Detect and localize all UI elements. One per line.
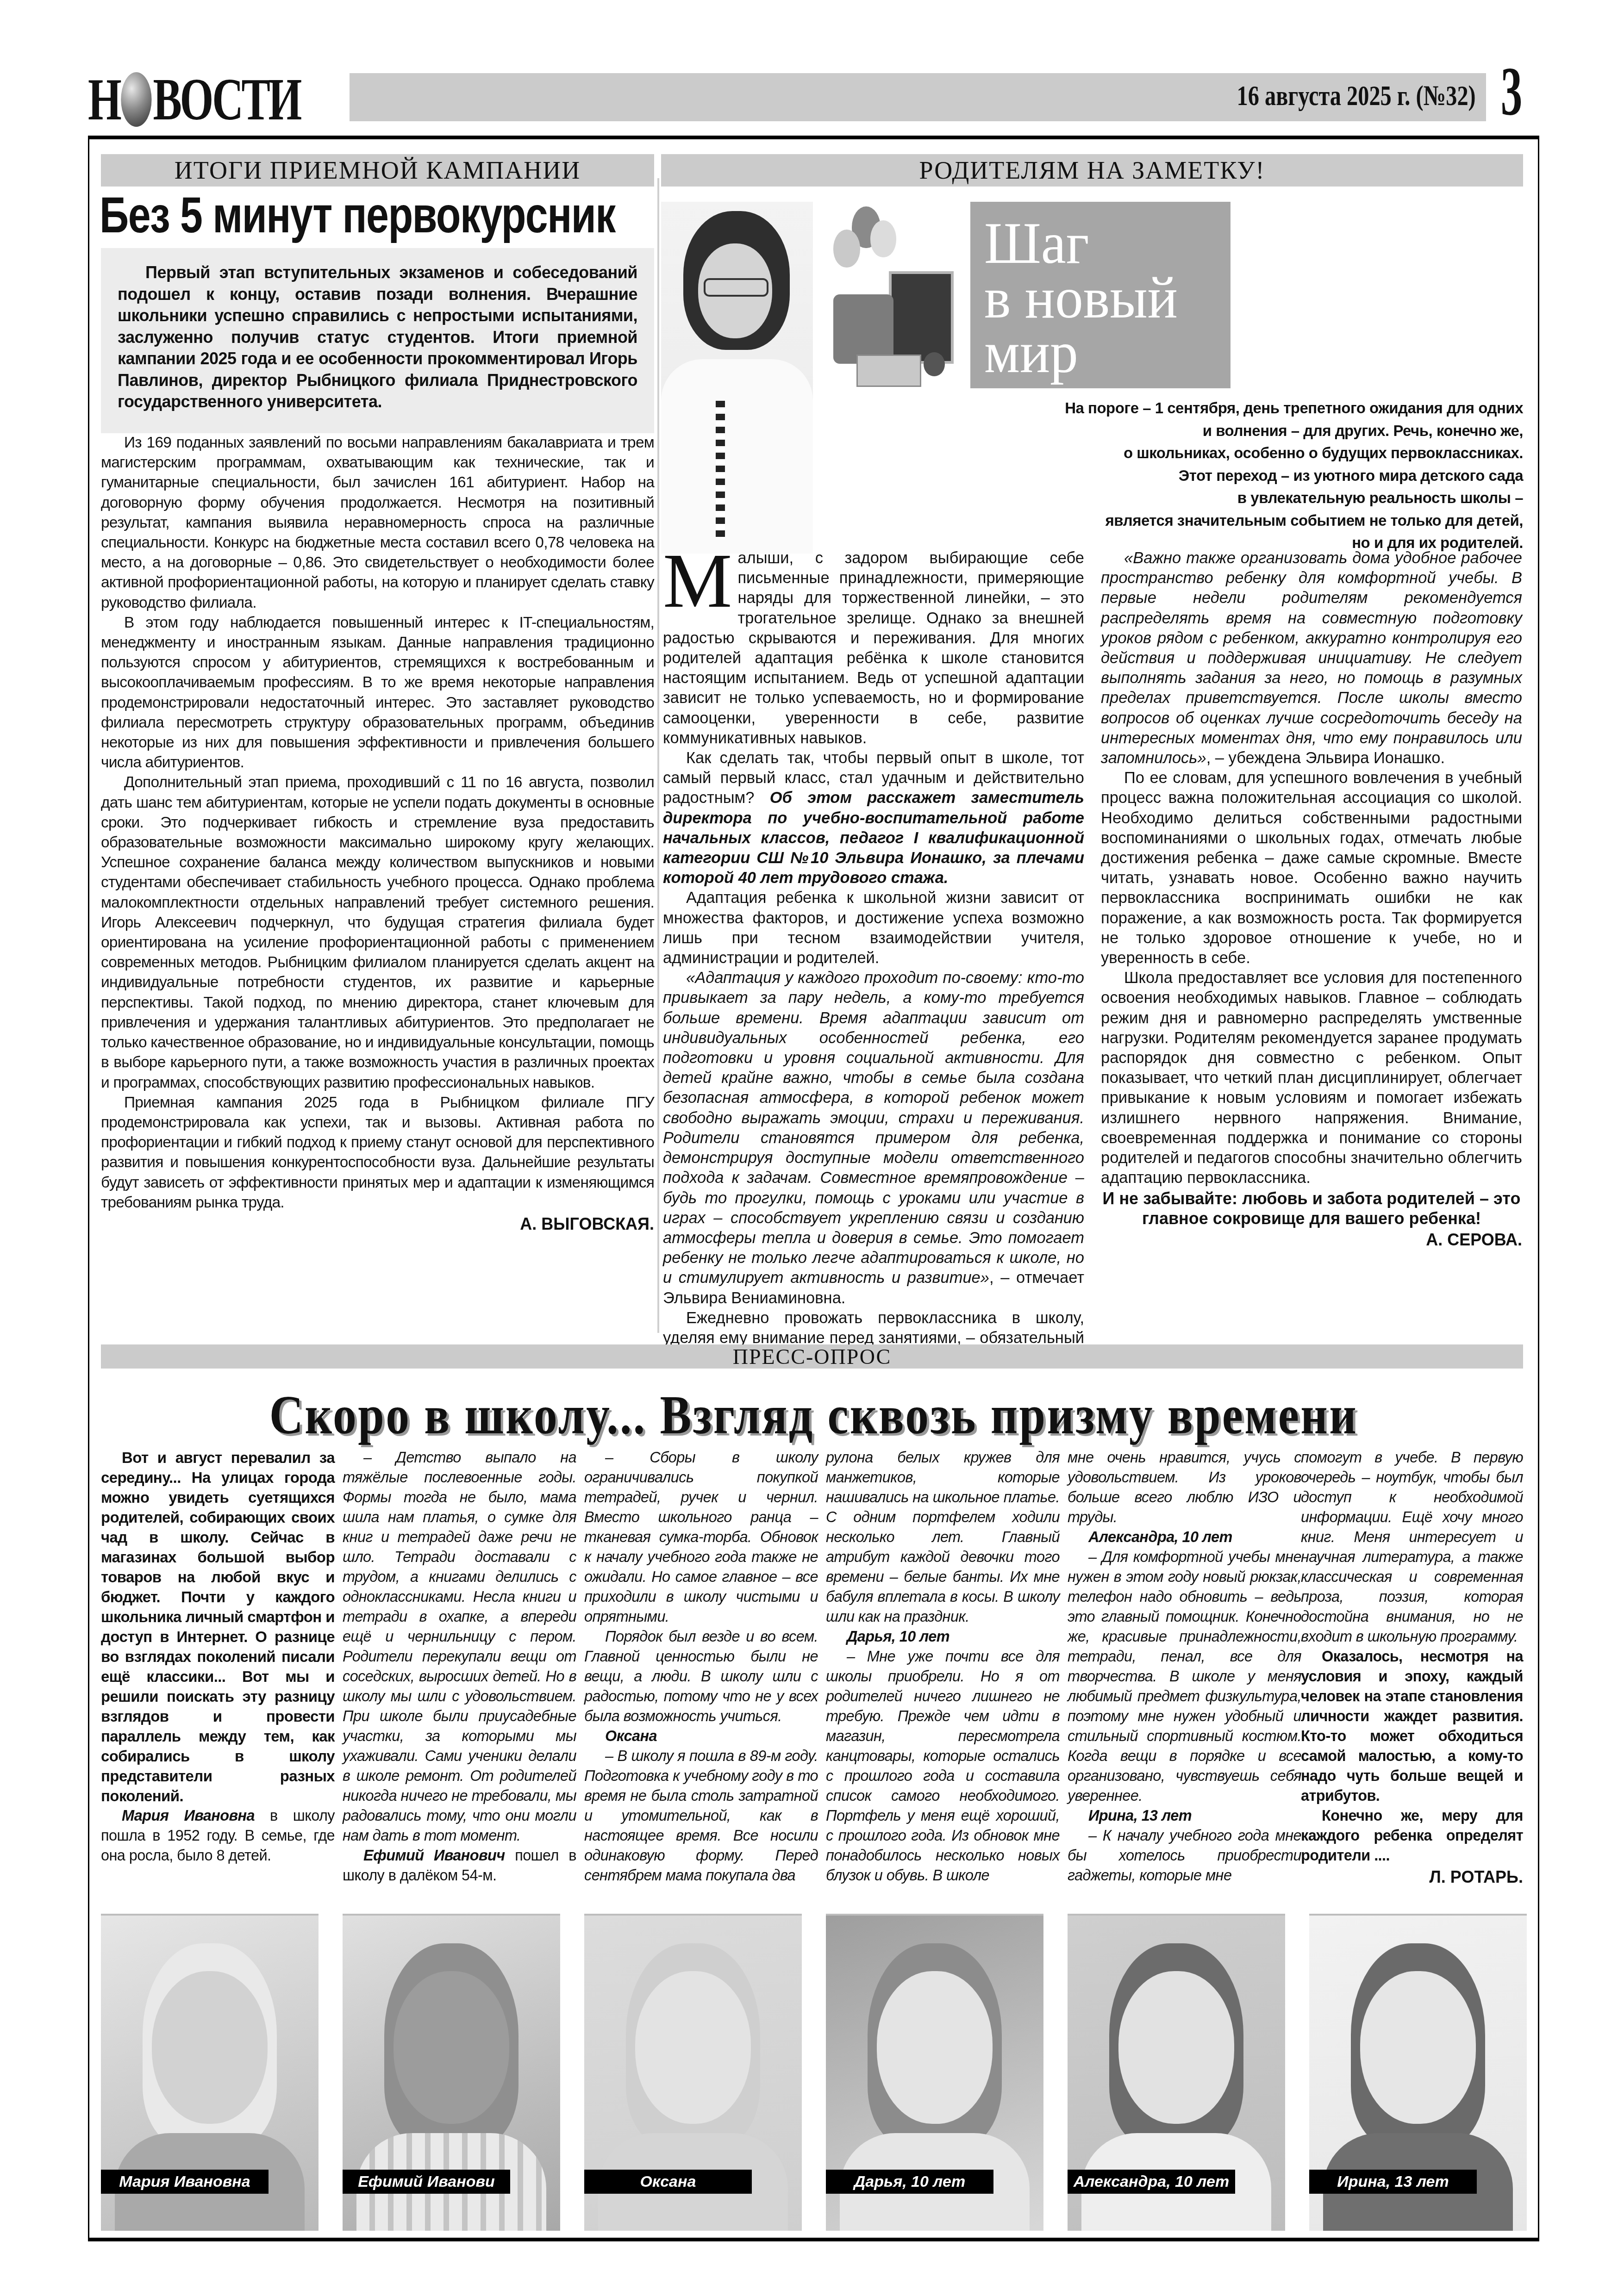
closing-line: И не забывайте: любовь и забота родителе… — [1101, 1188, 1522, 1228]
column-rule — [657, 178, 659, 1333]
issue-date: 16 августа 2025 г. (№32) — [1237, 80, 1476, 112]
books-icon — [856, 355, 921, 387]
logo-letter: Н — [88, 69, 119, 130]
masthead: 16 августа 2025 г. (№32) Н ВОСТИ 3 — [88, 69, 1537, 130]
paragraph: Ефимий Иванович пошел в школу в далёком … — [343, 1846, 576, 1885]
photo-caption: Ефимий Иванови — [343, 2170, 510, 2194]
quote: – Детство выпало на тяжёлые послевоенные… — [343, 1448, 576, 1846]
paragraph: Дополнительный этап приема, проходивший … — [101, 772, 654, 1092]
photo-caption: Мария Ивановна — [101, 2170, 269, 2194]
survey-column-3: – Сборы в школу ограничивались покупкой … — [584, 1448, 818, 1885]
paragraph: Мария Ивановна в школу пошла в 1952 году… — [101, 1806, 335, 1866]
paragraph: «Адаптация у каждого проходит по-своему:… — [663, 968, 1084, 1308]
paragraph: По ее словам, для успешного вовлечения в… — [1101, 768, 1522, 968]
paragraph: Как сделать так, чтобы первый опыт в шко… — [663, 748, 1084, 888]
quote: «Важно также организовать дома удобное р… — [1101, 549, 1522, 767]
title-line: Шаг — [984, 216, 1218, 270]
survey-column-5: мне очень нравится, учусь с удовольствие… — [1068, 1448, 1301, 1885]
lead-text: Первый этап вступительных экзаменов и со… — [118, 262, 637, 413]
respondent-photo: Ирина, 13 лет — [1309, 1914, 1527, 2231]
respondent-photo: Мария Ивановна — [101, 1914, 319, 2231]
quote: помогут в учебе. В первую очередь – ноут… — [1301, 1448, 1523, 1647]
teacher-portrait-photo — [661, 202, 813, 554]
photo-caption: Дарья, 10 лет — [826, 2170, 993, 2194]
feature-title-box: Шаг в новый мир — [970, 202, 1230, 388]
title-line: в новый — [984, 270, 1218, 325]
author-signature: Л. РОТАРЬ. — [1301, 1867, 1523, 1887]
paragraph: «Важно также организовать дома удобное р… — [1101, 548, 1522, 768]
paragraph: Школа предоставляет все условия для пост… — [1101, 968, 1522, 1188]
quote: Порядок был везде и во всем. Главной цен… — [584, 1627, 818, 1726]
paragraph: Приемная кампания 2025 года в Рыбницком … — [101, 1093, 654, 1213]
survey-column-1: Вот и август перевалил за середину... На… — [101, 1448, 335, 1866]
paragraph: Адаптация ребенка к школьной жизни завис… — [663, 888, 1084, 968]
paragraph: Малыши, с задором выбирающие себе письме… — [663, 548, 1084, 748]
paragraph: Из 169 поданных заявлений по восьми напр… — [101, 433, 654, 613]
quote: рулона белых кружев для манжетиков, кото… — [826, 1448, 1060, 1627]
quote: – К началу учебного года мне бы хотелось… — [1068, 1826, 1301, 1885]
quote: – Сборы в школу ограничивались покупкой … — [584, 1448, 818, 1627]
respondent-name: Ирина, 13 лет — [1068, 1806, 1301, 1826]
chalkboard-icon — [889, 271, 954, 364]
respondent-name: Оксана — [584, 1726, 818, 1746]
feature-intro: На пороге – 1 сентября, день трепетного … — [829, 397, 1523, 554]
survey-column-6: помогут в учебе. В первую очередь – ноут… — [1301, 1448, 1523, 1887]
school-bag-icon — [833, 294, 893, 364]
quote: – Мне уже почти все для школы приобрели.… — [826, 1647, 1060, 1885]
newspaper-logo: Н ВОСТИ — [88, 69, 300, 130]
quote: мне очень нравится, учусь с удовольствие… — [1068, 1448, 1301, 1527]
survey-column-4: рулона белых кружев для манжетиков, кото… — [826, 1448, 1060, 1885]
rubric-admission: ИТОГИ ПРИЕМНОЙ КАМПАНИИ — [101, 154, 654, 187]
article-body-left: Из 169 поданных заявлений по восьми напр… — [101, 433, 654, 1234]
masthead-band: 16 августа 2025 г. (№32) — [350, 73, 1486, 121]
conclusion: Конечно же, меру для каждого ребенка опр… — [1301, 1806, 1523, 1866]
glasses-shape — [704, 278, 768, 297]
respondent-photo: Ефимий Иванови — [343, 1914, 560, 2231]
article-body-middle: Малыши, с задором выбирающие себе письме… — [663, 548, 1084, 1368]
drop-cap: М — [663, 550, 732, 611]
article-headline: Без 5 минут первокурсник — [100, 185, 542, 245]
school-clipart — [824, 202, 963, 392]
paragraph: В этом году наблюдается повышенный интер… — [101, 613, 654, 773]
quote: – Для комфортной учебы мне нужен в этом … — [1068, 1547, 1301, 1806]
rubric-press-survey: ПРЕСС-ОПРОС — [101, 1344, 1523, 1369]
page-number: 3 — [1496, 52, 1527, 131]
globe-icon — [121, 72, 151, 127]
survey-headline: Скоро в школу... Взгляд сквозь призму вр… — [189, 1384, 1437, 1447]
photo-caption: Оксана — [584, 2170, 752, 2194]
lead-box: Первый этап вступительных экзаменов и со… — [101, 248, 654, 433]
author-signature: А. ВЫГОВСКАЯ. — [101, 1214, 654, 1234]
respondent-name: Александра, 10 лет — [1068, 1527, 1301, 1547]
balloon-icon — [833, 230, 860, 268]
respondent-photo: Дарья, 10 лет — [826, 1914, 1043, 2231]
respondent-name: Ефимий Иванович — [363, 1847, 505, 1864]
balloon-icon — [870, 220, 896, 257]
photo-caption: Ирина, 13 лет — [1309, 2170, 1477, 2194]
logo-rest: ВОСТИ — [153, 69, 300, 130]
rubric-parents: РОДИТЕЛЯМ НА ЗАМЕТКУ! — [661, 154, 1523, 187]
article-body-right: «Важно также организовать дома удобное р… — [1101, 548, 1522, 1250]
respondent-name: Мария Ивановна — [122, 1807, 255, 1824]
quote: «Адаптация у каждого проходит по-своему:… — [663, 969, 1084, 1287]
author-signature: А. СЕРОВА. — [1101, 1230, 1522, 1250]
respondent-name: Дарья, 10 лет — [826, 1627, 1060, 1647]
respondent-photo: Александра, 10 лет — [1068, 1914, 1285, 2231]
conclusion: Оказалось, несмотря на условия и эпоху, … — [1301, 1647, 1523, 1806]
apple-icon — [924, 352, 945, 376]
photo-caption: Александра, 10 лет — [1068, 2170, 1235, 2194]
survey-column-2: – Детство выпало на тяжёлые послевоенные… — [343, 1448, 576, 1885]
quote: – В школу я пошла в 89-м году. Подготовк… — [584, 1746, 818, 1885]
survey-lead: Вот и август перевалил за середину... На… — [101, 1448, 335, 1806]
title-line: мир — [984, 325, 1218, 380]
respondent-photo: Оксана — [584, 1914, 802, 2231]
